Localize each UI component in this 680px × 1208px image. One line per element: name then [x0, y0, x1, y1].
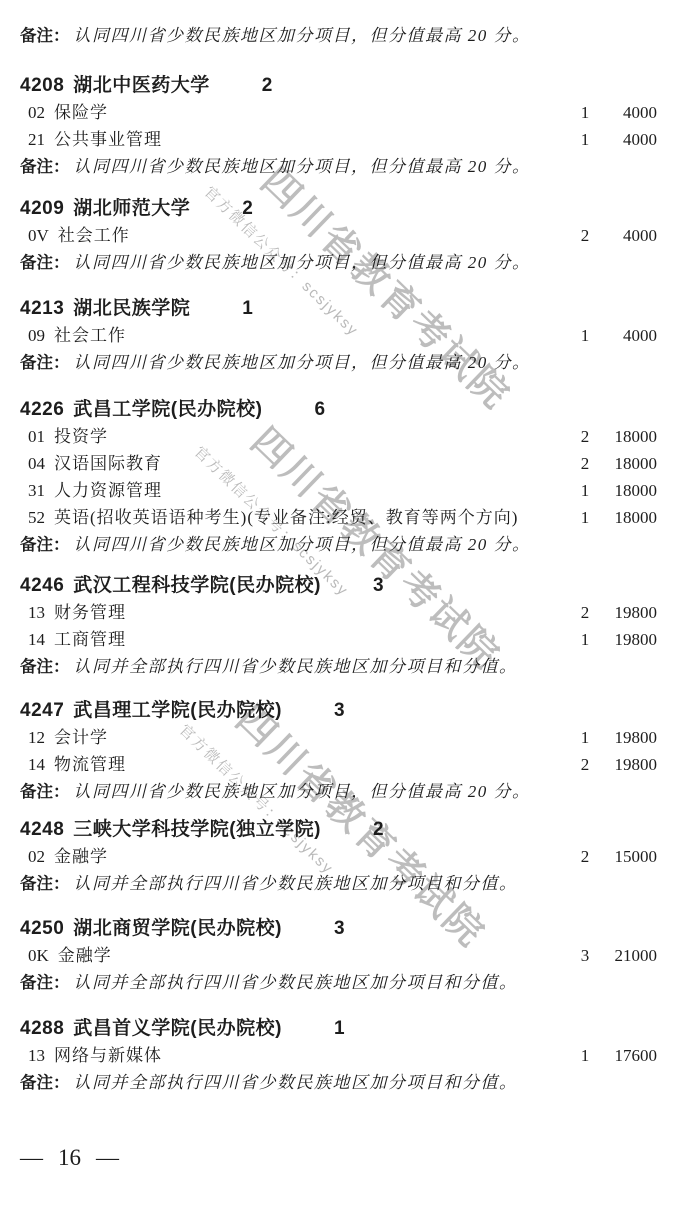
- university-name: 湖北民族学院: [73, 298, 190, 319]
- plan-total-count: 2: [373, 819, 384, 840]
- university-name: 武昌理工学院(民办院校): [73, 700, 282, 721]
- note-text: 认同并全部执行四川省少数民族地区加分项目和分值。: [74, 973, 518, 992]
- plan-total-count: 1: [334, 1018, 345, 1039]
- plan-total-count: 3: [373, 575, 384, 596]
- major-code: 31: [28, 481, 45, 500]
- section-header-row: 4213湖北民族学院1: [0, 295, 680, 322]
- note-row: 备注：认同四川省少数民族地区加分项目，但分值最高 20 分。: [0, 778, 680, 805]
- page-number: —16—: [20, 1144, 119, 1172]
- major-name: 英语(招收英语语种考生)(专业备注:经贸、教育等两个方向): [54, 508, 518, 527]
- major-name: 物流管理: [54, 755, 126, 774]
- university-name: 武汉工程科技学院(民办院校): [73, 575, 321, 596]
- major-name: 投资学: [54, 427, 108, 446]
- major-name: 金融学: [54, 847, 108, 866]
- note-text: 认同四川省少数民族地区加分项目，但分值最高 20 分。: [74, 353, 531, 372]
- note-row: 备注：认同四川省少数民族地区加分项目，但分值最高 20 分。: [0, 22, 680, 49]
- tuition-fee: 18000: [567, 450, 657, 477]
- major-row: 13网络与新媒体117600: [0, 1042, 680, 1069]
- note-row: 备注：认同四川省少数民族地区加分项目，但分值最高 20 分。: [0, 153, 680, 180]
- university-code: 4246: [20, 575, 64, 596]
- university-code: 4248: [20, 819, 64, 840]
- university-name: 三峡大学科技学院(独立学院): [73, 819, 321, 840]
- university-section: 4248三峡大学科技学院(独立学院)202金融学215000备注：认同并全部执行…: [0, 816, 680, 897]
- note-row: 备注：认同并全部执行四川省少数民族地区加分项目和分值。: [0, 969, 680, 996]
- major-row: 31人力资源管理118000: [0, 477, 680, 504]
- note-label: 备注：: [20, 254, 70, 272]
- university-section: 4288武昌首义学院(民办院校)113网络与新媒体117600备注：认同并全部执…: [0, 1015, 680, 1096]
- major-name: 公共事业管理: [54, 130, 162, 149]
- plan-total-count: 1: [242, 298, 253, 319]
- major-row: 14工商管理119800: [0, 626, 680, 653]
- major-code: 12: [28, 728, 45, 747]
- tuition-fee: 21000: [567, 942, 657, 969]
- major-row: 0V社会工作24000: [0, 222, 680, 249]
- page-number-value: 16: [58, 1145, 81, 1170]
- university-section: 4213湖北民族学院109社会工作14000备注：认同四川省少数民族地区加分项目…: [0, 295, 680, 376]
- university-name: 湖北师范大学: [73, 198, 190, 219]
- note-text: 认同四川省少数民族地区加分项目，但分值最高 20 分。: [74, 157, 531, 176]
- tuition-fee: 4000: [567, 322, 657, 349]
- major-name: 金融学: [58, 946, 112, 965]
- document-page: 四川省教育考试院 官方微信公众号：scsjyksy 四川省教育考试院 官方微信公…: [0, 0, 680, 1208]
- plan-total-count: 2: [262, 75, 273, 96]
- note-text: 认同并全部执行四川省少数民族地区加分项目和分值。: [74, 1073, 518, 1092]
- page-number-right-dash: —: [96, 1145, 119, 1170]
- plan-total-count: 3: [334, 918, 345, 939]
- note-label: 备注：: [20, 158, 70, 176]
- section-header-row: 4247武昌理工学院(民办院校)3: [0, 697, 680, 724]
- note-label: 备注：: [20, 658, 70, 676]
- tuition-fee: 15000: [567, 843, 657, 870]
- note-label: 备注：: [20, 27, 70, 45]
- university-section: 4226武昌工学院(民办院校)601投资学21800004汉语国际教育21800…: [0, 396, 680, 558]
- tuition-fee: 4000: [567, 126, 657, 153]
- section-header-row: 4288武昌首义学院(民办院校)1: [0, 1015, 680, 1042]
- watermark-text-large: 四川省教育考试院: [251, 152, 525, 419]
- note-row: 备注：认同四川省少数民族地区加分项目，但分值最高 20 分。: [0, 349, 680, 376]
- university-name: 武昌工学院(民办院校): [73, 399, 262, 420]
- plan-total-count: 2: [242, 198, 253, 219]
- university-section: 4247武昌理工学院(民办院校)312会计学11980014物流管理219800…: [0, 697, 680, 805]
- section-header-row: 4250湖北商贸学院(民办院校)3: [0, 915, 680, 942]
- tuition-fee: 4000: [567, 99, 657, 126]
- university-name: 湖北商贸学院(民办院校): [73, 918, 282, 939]
- note-row: 备注：认同并全部执行四川省少数民族地区加分项目和分值。: [0, 870, 680, 897]
- tuition-fee: 19800: [567, 751, 657, 778]
- plan-total-count: 3: [334, 700, 345, 721]
- major-row: 02保险学14000: [0, 99, 680, 126]
- note-label: 备注：: [20, 974, 70, 992]
- major-name: 社会工作: [58, 226, 130, 245]
- major-code: 0V: [28, 226, 49, 245]
- note-label: 备注：: [20, 783, 70, 801]
- university-code: 4247: [20, 700, 64, 721]
- tuition-fee: 18000: [567, 504, 657, 531]
- major-code: 13: [28, 1046, 45, 1065]
- major-row: 01投资学218000: [0, 423, 680, 450]
- tuition-fee: 18000: [567, 423, 657, 450]
- major-code: 02: [28, 103, 45, 122]
- major-row: 12会计学119800: [0, 724, 680, 751]
- note-row: 备注：认同并全部执行四川省少数民族地区加分项目和分值。: [0, 1069, 680, 1096]
- major-row: 52英语(招收英语语种考生)(专业备注:经贸、教育等两个方向)118000: [0, 504, 680, 531]
- note-text: 认同四川省少数民族地区加分项目，但分值最高 20 分。: [74, 782, 531, 801]
- tuition-fee: 18000: [567, 477, 657, 504]
- tuition-fee: 19800: [567, 626, 657, 653]
- section-header-row: 4246武汉工程科技学院(民办院校)3: [0, 572, 680, 599]
- major-name: 汉语国际教育: [54, 454, 162, 473]
- major-code: 02: [28, 847, 45, 866]
- major-row: 02金融学215000: [0, 843, 680, 870]
- major-row: 0K金融学321000: [0, 942, 680, 969]
- university-name: 武昌首义学院(民办院校): [73, 1018, 282, 1039]
- section-header-row: 4226武昌工学院(民办院校)6: [0, 396, 680, 423]
- major-name: 会计学: [54, 728, 108, 747]
- university-code: 4209: [20, 198, 64, 219]
- university-code: 4208: [20, 75, 64, 96]
- major-name: 保险学: [54, 103, 108, 122]
- major-code: 09: [28, 326, 45, 345]
- note-label: 备注：: [20, 1074, 70, 1092]
- page-number-left-dash: —: [20, 1145, 43, 1170]
- tuition-fee: 17600: [567, 1042, 657, 1069]
- major-name: 人力资源管理: [54, 481, 162, 500]
- university-code: 4288: [20, 1018, 64, 1039]
- major-row: 14物流管理219800: [0, 751, 680, 778]
- major-code: 0K: [28, 946, 49, 965]
- major-name: 工商管理: [54, 630, 126, 649]
- note-label: 备注：: [20, 875, 70, 893]
- section-header-row: 4248三峡大学科技学院(独立学院)2: [0, 816, 680, 843]
- major-code: 21: [28, 130, 45, 149]
- major-row: 09社会工作14000: [0, 322, 680, 349]
- major-row: 13财务管理219800: [0, 599, 680, 626]
- note-text: 认同并全部执行四川省少数民族地区加分项目和分值。: [74, 874, 518, 893]
- note-text: 认同四川省少数民族地区加分项目，但分值最高 20 分。: [74, 535, 531, 554]
- major-name: 网络与新媒体: [54, 1046, 162, 1065]
- university-section: 4250湖北商贸学院(民办院校)30K金融学321000备注：认同并全部执行四川…: [0, 915, 680, 996]
- note-label: 备注：: [20, 354, 70, 372]
- university-section: 4209湖北师范大学20V社会工作24000备注：认同四川省少数民族地区加分项目…: [0, 195, 680, 276]
- section-header-row: 4209湖北师范大学2: [0, 195, 680, 222]
- university-code: 4250: [20, 918, 64, 939]
- major-code: 52: [28, 508, 45, 527]
- major-code: 01: [28, 427, 45, 446]
- university-name: 湖北中医药大学: [73, 75, 210, 96]
- tuition-fee: 4000: [567, 222, 657, 249]
- note-row: 备注：认同并全部执行四川省少数民族地区加分项目和分值。: [0, 653, 680, 680]
- note-row: 备注：认同四川省少数民族地区加分项目，但分值最高 20 分。: [0, 249, 680, 276]
- university-code: 4213: [20, 298, 64, 319]
- major-row: 21公共事业管理14000: [0, 126, 680, 153]
- major-code: 04: [28, 454, 45, 473]
- university-section: 4208湖北中医药大学202保险学1400021公共事业管理14000备注：认同…: [0, 72, 680, 180]
- plan-total-count: 6: [314, 399, 325, 420]
- note-text: 认同并全部执行四川省少数民族地区加分项目和分值。: [74, 657, 518, 676]
- note-text: 认同四川省少数民族地区加分项目，但分值最高 20 分。: [74, 253, 531, 272]
- university-section: 4246武汉工程科技学院(民办院校)313财务管理21980014工商管理119…: [0, 572, 680, 680]
- major-code: 13: [28, 603, 45, 622]
- major-name: 财务管理: [54, 603, 126, 622]
- major-code: 14: [28, 755, 45, 774]
- note-label: 备注：: [20, 536, 70, 554]
- university-code: 4226: [20, 399, 64, 420]
- tuition-fee: 19800: [567, 599, 657, 626]
- tuition-fee: 19800: [567, 724, 657, 751]
- note-row: 备注：认同四川省少数民族地区加分项目，但分值最高 20 分。: [0, 531, 680, 558]
- section-header-row: 4208湖北中医药大学2: [0, 72, 680, 99]
- major-code: 14: [28, 630, 45, 649]
- major-row: 04汉语国际教育218000: [0, 450, 680, 477]
- note-text: 认同四川省少数民族地区加分项目，但分值最高 20 分。: [74, 26, 531, 45]
- major-name: 社会工作: [54, 326, 126, 345]
